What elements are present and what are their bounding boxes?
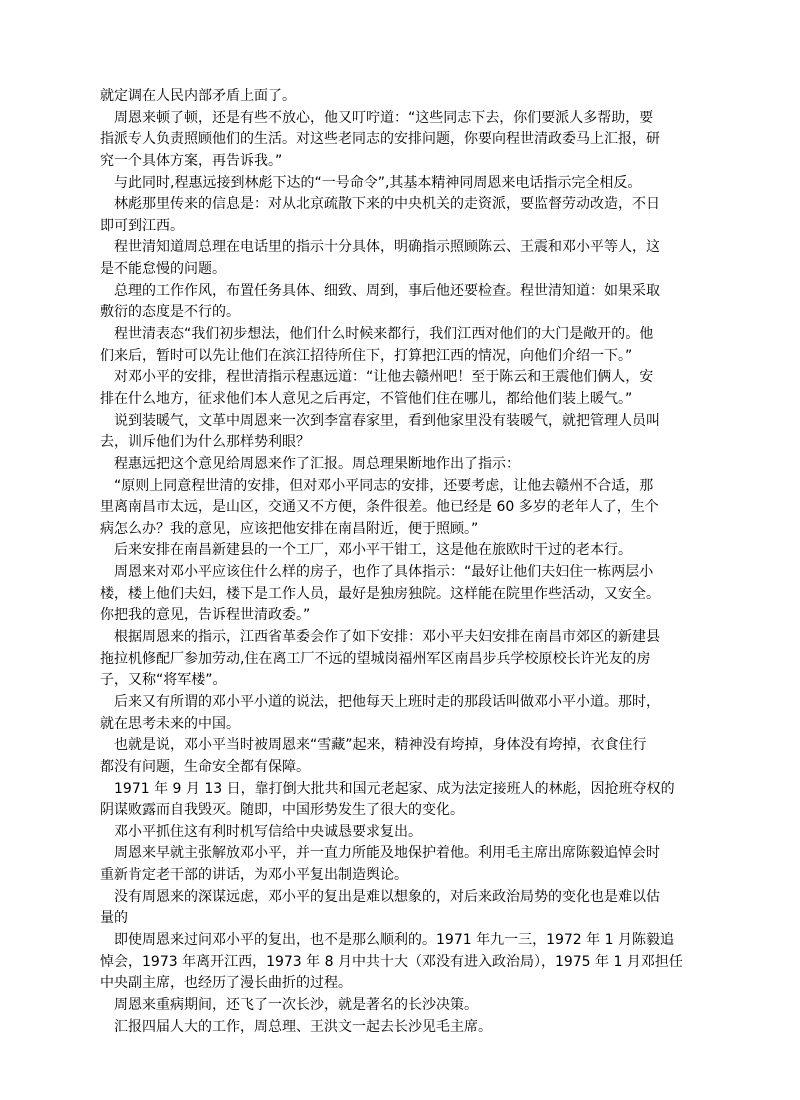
text-line: 里离南昌市太远，是山区，交通又不方便，条件很差。他已经是 60 多岁的老年人了，… [100, 497, 680, 519]
text-line: 究一个具体方案，再告诉我。” [100, 151, 680, 173]
text-line: 总理的工作作风，布置任务具体、细致、周到，事后他还要检查。程世清知道：如果采取 [100, 281, 680, 303]
text-line: 1971 年 9 月 13 日，靠打倒大批共和国元老起家、成为法定接班人的林彪，… [100, 779, 680, 801]
text-line: 也就是说，邓小平当时被周恩来“雪藏”起来，精神没有垮掉，身体没有垮掉，衣食住行 [100, 735, 680, 757]
text-line: 程惠远把这个意见给周恩来作了汇报。周总理果断地作出了指示： [100, 454, 680, 476]
text-line: 指派专人负责照顾他们的生活。对这些老同志的安排问题，你要向程世清政委马上汇报，研 [100, 129, 680, 151]
text-line: 即使周恩来过问邓小平的复出，也不是那么顺利的。1971 年九一三，1972 年 … [100, 930, 680, 952]
text-line: 敷衍的态度是不行的。 [100, 302, 680, 324]
text-line: 林彪那里传来的信息是：对从北京疏散下来的中央机关的走资派，要监督劳动改造，不日 [100, 194, 680, 216]
text-line: “原则上同意程世清的安排，但对邓小平同志的安排，还要考虑，让他去赣州不合适，那 [100, 476, 680, 498]
text-line: 周恩来早就主张解放邓小平，并一直力所能及地保护着他。利用毛主席出席陈毅追悼会时 [100, 843, 680, 865]
text-line: 阴谋败露而自我毁灭。随即，中国形势发生了很大的变化。 [100, 800, 680, 822]
text-line: 重新肯定老干部的讲话，为邓小平复出制造舆论。 [100, 865, 680, 887]
text-line: 周恩来顿了顿，还是有些不放心，他又叮咛道：“这些同志下去，你们要派人多帮助，要 [100, 108, 680, 130]
text-line: 楼，楼上他们夫妇，楼下是工作人员，最好是独房独院。这样能在院里作些活动，又安全。 [100, 584, 680, 606]
text-line: 排在什么地方，征求他们本人意见之后再定，不管他们住在哪儿，都给他们装上暖气。” [100, 389, 680, 411]
text-line: 子，又称“将军楼”。 [100, 670, 680, 692]
text-line: 是不能怠慢的问题。 [100, 259, 680, 281]
text-line: 悼会，1973 年离开江西，1973 年 8 月中共十大（邓没有进入政治局），1… [100, 952, 680, 974]
document-page: 就定调在人民内部矛盾上面了。 周恩来顿了顿，还是有些不放心，他又叮咛道：“这些同… [100, 86, 680, 1038]
text-line: 根据周恩来的指示，江西省革委会作了如下安排：邓小平夫妇安排在南昌市郊区的新建县 [100, 627, 680, 649]
text-line: 程世清表态“我们初步想法，他们什么时候来都行，我们江西对他们的大门是敞开的。他 [100, 324, 680, 346]
text-line: 拖拉机修配厂参加劳动,住在离工厂不远的望城岗福州军区南昌步兵学校原校长许光友的房 [100, 649, 680, 671]
text-line: 程世清知道周总理在电话里的指示十分具体，明确指示照顾陈云、王震和邓小平等人，这 [100, 237, 680, 259]
text-line: 说到装暖气，文革中周恩来一次到李富春家里，看到他家里没有装暖气，就把管理人员叫 [100, 411, 680, 433]
text-line: 后来安排在南昌新建县的一个工厂，邓小平干钳工，这是他在旅欧时干过的老本行。 [100, 540, 680, 562]
text-line: 邓小平抓住这有利时机写信给中央诚恳要求复出。 [100, 822, 680, 844]
text-line: 汇报四届人大的工作，周总理、王洪文一起去长沙见毛主席。 [100, 1017, 680, 1039]
text-line: 去，训斥他们为什么那样势利眼？ [100, 432, 680, 454]
text-line: 们来后，暂时可以先让他们在滨江招待所住下，打算把江西的情况，向他们介绍一下。” [100, 346, 680, 368]
text-line: 对邓小平的安排，程世清指示程惠远道：“让他去赣州吧！至于陈云和王震他们俩人，安 [100, 367, 680, 389]
text-line: 中央副主席，也经历了漫长曲折的过程。 [100, 973, 680, 995]
text-line: 就在思考未来的中国。 [100, 714, 680, 736]
text-line: 即可到江西。 [100, 216, 680, 238]
text-line: 周恩来重病期间，还飞了一次长沙，就是著名的长沙决策。 [100, 995, 680, 1017]
text-line: 周恩来对邓小平应该住什么样的房子，也作了具体指示：“最好让他们夫妇住一栋两层小 [100, 562, 680, 584]
text-line: 就定调在人民内部矛盾上面了。 [100, 86, 680, 108]
text-line: 病怎么办？我的意见，应该把他安排在南昌附近，便于照顾。” [100, 519, 680, 541]
text-line: 你把我的意见，告诉程世清政委。” [100, 605, 680, 627]
text-line: 量的 [100, 908, 680, 930]
text-line: 都没有问题，生命安全都有保障。 [100, 757, 680, 779]
text-line: 与此同时,程惠远接到林彪下达的“一号命令”,其基本精神同周恩来电话指示完全相反。 [100, 173, 680, 195]
text-line: 没有周恩来的深谋远虑，邓小平的复出是难以想象的，对后来政治局势的变化也是难以估 [100, 887, 680, 909]
text-line: 后来又有所谓的邓小平小道的说法，把他每天上班时走的那段话叫做邓小平小道。那时， [100, 692, 680, 714]
